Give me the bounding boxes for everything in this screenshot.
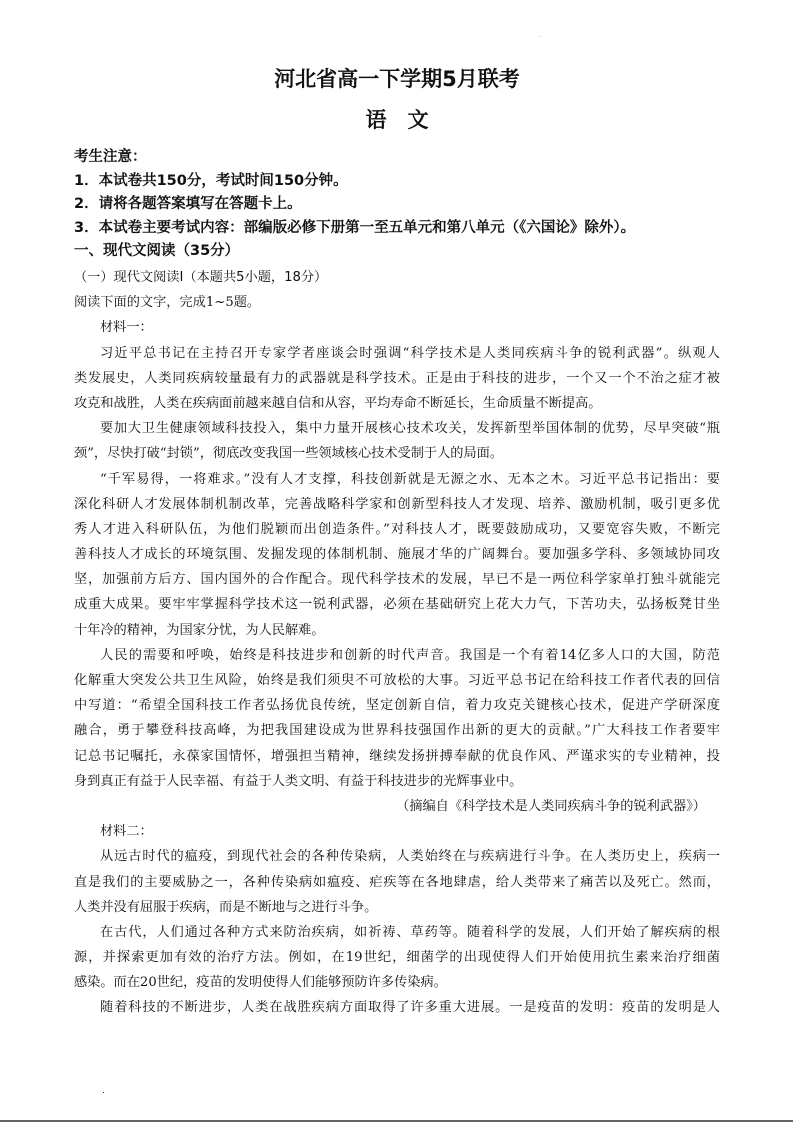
notice-item-1: 1．本试卷共150分，考试时间150分钟。 xyxy=(74,170,720,194)
exam-title: 河北省高一下学期5月联考 xyxy=(74,63,720,93)
m1-line: 秀人才进入科研队伍，为他们脱颖而出创造条件。”对科技人才，既要鼓励成功，又要宽容… xyxy=(74,517,720,542)
m1-line: 坚，加强前方后方、国内国外的合作配合。现代科学技术的发展，早已不是一两位科学家单… xyxy=(74,567,720,592)
m2-line: 随着科技的不断进步，人类在战胜疾病方面取得了许多重大进展。一是疫苗的发明：疫苗的… xyxy=(74,995,720,1020)
notice-heading: 考生注意： xyxy=(74,146,720,170)
m2-line: 感染。而在20世纪，疫苗的发明使得人们能够预防许多传染病。 xyxy=(74,970,720,995)
reading-body: （一）现代文阅读Ⅰ（本题共5小题，18分） 阅读下面的文字，完成1~5题。 材料… xyxy=(74,265,720,1021)
m1-line: 十年冷的精神，为国家分忧，为人民解难。 xyxy=(74,618,720,643)
m1-line: 深化科研人才发展体制机制改革，完善战略科学家和创新型科技人才发现、培养、激励机制… xyxy=(74,492,720,517)
m1-line: 类发展史，人类同疾病较量最有力的武器就是科学技术。正是由于科技的进步，一个又一个… xyxy=(74,366,720,391)
m2-line: 人类并没有屈服于疾病，而是不断地与之进行斗争。 xyxy=(74,895,720,920)
m2-line: 直是我们的主要威胁之一，各种传染病如瘟疫、疟疾等在各地肆虐，给人类带来了痛苦以及… xyxy=(74,870,720,895)
section-heading: 一、现代文阅读（35分） xyxy=(74,240,720,264)
m2-line: 在古代，人们通过各种方式来防治疾病，如祈祷、草药等。随着科学的发展，人们开始了解… xyxy=(74,920,720,945)
notice-item-3: 3．本试卷主要考试内容：部编版必修下册第一至五单元和第八单元（《六国论》除外）。 xyxy=(74,217,720,241)
m2-line: 从远古时代的瘟疫，到现代社会的各种传染病，人类始终在与疾病进行斗争。在人类历史上… xyxy=(74,844,720,869)
m1-line: 中写道：“希望全国科技工作者弘扬优良传统，坚定创新自信，着力攻克关键核心技术，促… xyxy=(74,693,720,718)
notice-item-2: 2．请将各题答案填写在答题卡上。 xyxy=(74,193,720,217)
m1-line: 化解重大突发公共卫生风险，始终是我们须臾不可放松的大事。习近平总书记在给科技工作… xyxy=(74,668,720,693)
m1-line: 记总书记嘱托，永葆家国情怀，增强担当精神，继续发扬拼搏奉献的优良作风、严谨求实的… xyxy=(74,744,720,769)
m1-line: “千军易得，一将难求。”没有人才支撑，科技创新就是无源之水、无本之木。习近平总书… xyxy=(74,467,720,492)
m1-line: 人民的需要和呼唤，始终是科技进步和创新的时代声音。我国是一个有着14亿多人口的大… xyxy=(74,643,720,668)
reading-instruction: 阅读下面的文字，完成1~5题。 xyxy=(74,290,720,315)
m2-line: 源，并探索更加有效的治疗方法。例如，在19世纪，细菌学的出现使得人们开始使用抗生… xyxy=(74,945,720,970)
m1-line: 习近平总书记在主持召开专家学者座谈会时强调“科学技术是人类同疾病斗争的锐利武器”… xyxy=(74,341,720,366)
m1-line: 善科技人才成长的环境氛围、发掘发现的体制机制、施展才华的广阔舞台。要加强多学科、… xyxy=(74,542,720,567)
part-heading: （一）现代文阅读Ⅰ（本题共5小题，18分） xyxy=(74,265,720,290)
m1-line: 要加大卫生健康领域科技投入，集中力量开展核心技术攻关，发挥新型举国体制的优势，尽… xyxy=(74,416,720,441)
m1-line: 身到真正有益于人民幸福、有益于人类文明、有益于科技进步的光辉事业中。 xyxy=(74,769,720,794)
stray-dot xyxy=(540,36,541,37)
subject-title: 语 文 xyxy=(74,104,720,134)
m1-line: 颈”，尽快打破“封锁”，彻底改变我国一些领域核心技术受制于人的局面。 xyxy=(74,441,720,466)
material1-label: 材料一： xyxy=(74,315,720,340)
m1-line: 成重大成果。要牢牢掌握科学技术这一锐利武器，必须在基础研究上花大力气，下苦功夫，… xyxy=(74,592,720,617)
m1-line: 攻克和战胜，人类在疾病面前越来越自信和从容，平均寿命不断延长，生命质量不断提高。 xyxy=(74,391,720,416)
stray-dot xyxy=(103,1092,104,1093)
m1-line: 融合，勇于攀登科技高峰，为把我国建设成为世界科技强国作出新的更大的贡献。”广大科… xyxy=(74,718,720,743)
material1-source: （摘编自《科学技术是人类同疾病斗争的锐利武器》） xyxy=(74,794,720,819)
exam-notice: 考生注意： 1．本试卷共150分，考试时间150分钟。 2．请将各题答案填写在答… xyxy=(74,146,720,264)
material2-label: 材料二： xyxy=(74,819,720,844)
